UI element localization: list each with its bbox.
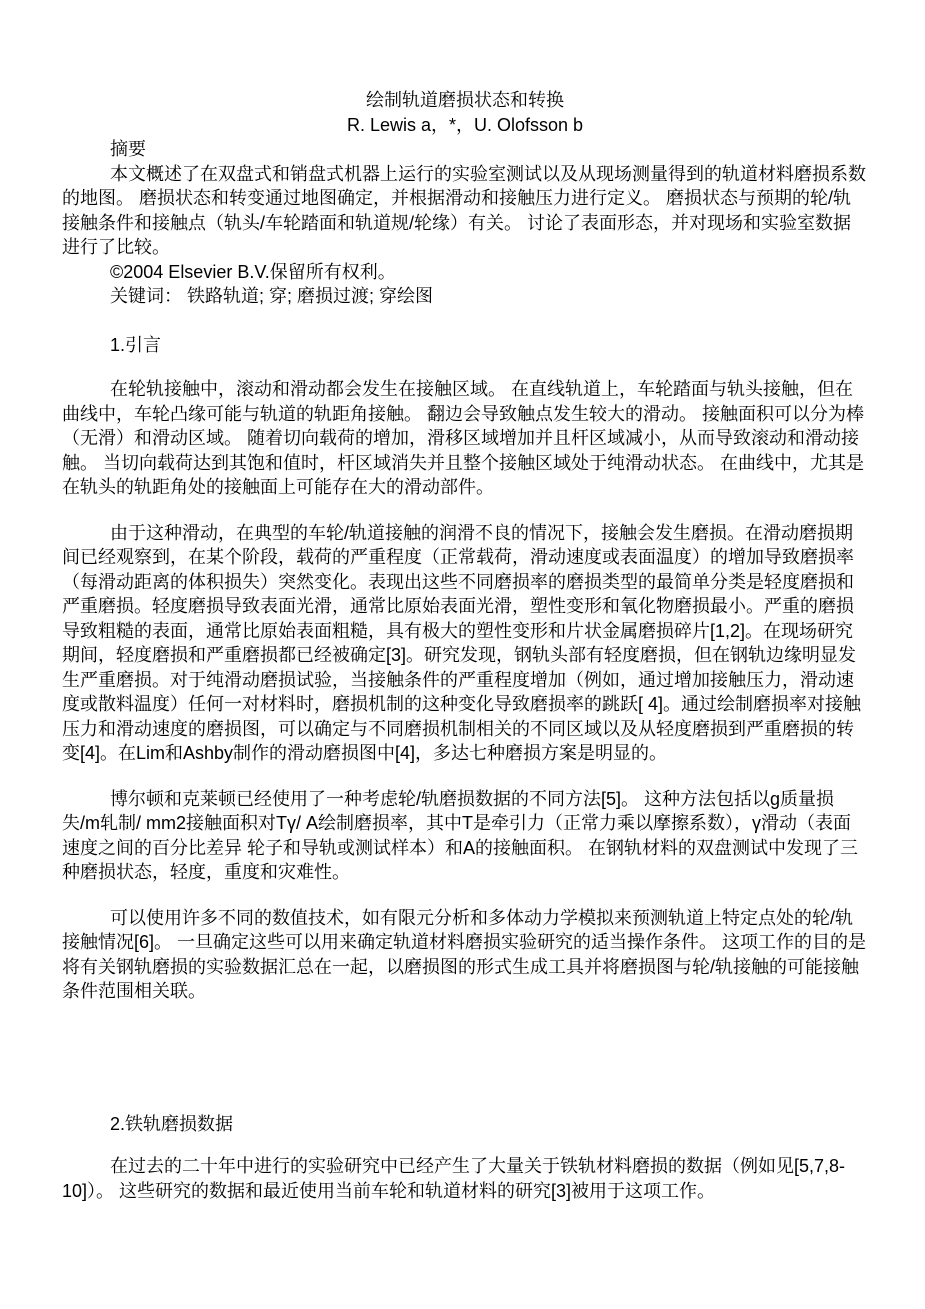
abstract-paragraph: 本文概述了在双盘式和销盘式机器上运行的实验室测试以及从现场测量得到的轨道材料磨损…	[62, 162, 868, 260]
document-page: 绘制轨道磨损状态和转换 R. Lewis a，*，U. Olofsson b 摘…	[0, 0, 925, 1309]
abstract-label: 摘要	[62, 137, 868, 162]
keywords-line: 关键词： 铁路轨道; 穿; 磨损过渡; 穿绘图	[62, 284, 868, 309]
introduction-paragraph-4: 可以使用许多不同的数值技术，如有限元分析和多体动力学模拟来预测轨道上特定点处的轮…	[62, 906, 868, 1004]
authors-line: R. Lewis a，*，U. Olofsson b	[62, 113, 868, 138]
section-heading-rail-wear-data: 2.铁轨磨损数据	[62, 1112, 868, 1137]
page-title: 绘制轨道磨损状态和转换	[62, 88, 868, 113]
copyright-line: ©2004 Elsevier B.V.保留所有权利。	[62, 260, 868, 285]
introduction-paragraph-1: 在轮轨接触中，滚动和滑动都会发生在接触区域。 在直线轨道上，车轮踏面与轨头接触，…	[62, 377, 868, 500]
document-content: 绘制轨道磨损状态和转换 R. Lewis a，*，U. Olofsson b 摘…	[0, 0, 925, 1203]
introduction-paragraph-2: 由于这种滑动，在典型的车轮/轨道接触的润滑不良的情况下，接触会发生磨损。在滑动磨…	[62, 521, 868, 766]
introduction-paragraph-3: 博尔顿和克莱顿已经使用了一种考虑轮/轨磨损数据的不同方法[5]。 这种方法包括以…	[62, 787, 868, 885]
section-heading-introduction: 1.引言	[62, 333, 868, 358]
rail-wear-data-paragraph-1: 在过去的二十年中进行的实验研究中已经产生了大量关于铁轨材料磨损的数据（例如见[5…	[62, 1154, 868, 1203]
